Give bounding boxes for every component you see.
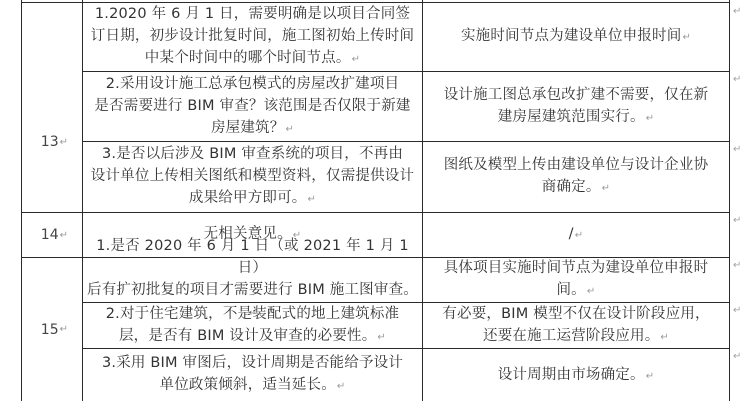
question-text: 3.采用 BIM 审图后，设计周期是否能给予设计 单位政策倾斜，适当延长。↵	[102, 352, 403, 398]
answer-cell: 实施时间节点为建设单位申报时间↵	[423, 3, 729, 71]
answer-text: 图纸及模型上传由建设单位与设计企业协 商确定。↵	[444, 154, 709, 200]
row-end-mark: ↵	[733, 144, 741, 155]
question-cell: 3.采用 BIM 审图后，设计周期是否能给予设计 单位政策倾斜，适当延长。↵	[83, 349, 422, 401]
answer-cell: 具体项目实施时间节点为建设单位申报时 间。↵	[423, 258, 729, 302]
row-number-15: 15↵	[22, 258, 82, 401]
document-table: 13↵ 1.2020 年 6 月 1 日，需要明确是以项目合同签 订日期，初步设…	[0, 0, 750, 401]
row-end-mark: ↵	[733, 260, 741, 271]
row-number-13: 13↵	[22, 72, 82, 212]
answer-cell: 设计施工图总承包改扩建不需要，仅在新 建房屋建筑范围实行。↵	[423, 72, 729, 141]
question-cell: 2.采用设计施工总承包模式的房屋改扩建项目 是否需要进行 BIM 审查？该范围是…	[83, 72, 422, 141]
question-text: 2.采用设计施工总承包模式的房屋改扩建项目 是否需要进行 BIM 审查？该范围是…	[94, 73, 410, 141]
row-end-mark: ↵	[733, 215, 741, 226]
row-end-mark: ↵	[733, 6, 741, 17]
answer-text: 设计施工图总承包改扩建不需要，仅在新 建房屋建筑范围实行。↵	[444, 84, 709, 130]
question-text: 1.2020 年 6 月 1 日，需要明确是以项目合同签 订日期，初步设计批复时…	[91, 3, 414, 71]
answer-text: 设计周期由市场确定。↵	[498, 364, 655, 388]
answer-text: 有必要，BIM 模型不仅在设计阶段应用， 还要在施工运营阶段应用。↵	[442, 303, 709, 349]
paragraph-mark: ↵	[60, 137, 68, 148]
answer-text: 实施时间节点为建设单位申报时间↵	[461, 25, 691, 49]
question-text: 3.是否以后涉及 BIM 审查系统的项目，不再由 设计单位上传相关图纸和模型资料…	[91, 143, 414, 211]
paragraph-mark: ↵	[60, 230, 68, 241]
row-end-mark: ↵	[733, 351, 741, 362]
row-end-mark: ↵	[733, 305, 741, 316]
answer-text: /↵	[569, 223, 584, 247]
answer-cell: 图纸及模型上传由建设单位与设计企业协 商确定。↵	[423, 142, 729, 212]
answer-cell: /↵	[423, 213, 729, 257]
question-cell: 1.2020 年 6 月 1 日，需要明确是以项目合同签 订日期，初步设计批复时…	[83, 3, 422, 71]
table-border-right	[729, 0, 730, 401]
question-text: 2.对于住宅建筑，不是装配式的地上建筑标准 层，是否有 BIM 设计及审查的必要…	[106, 303, 400, 349]
row-end-mark: ↵	[733, 74, 741, 85]
paragraph-mark: ↵	[60, 324, 68, 335]
question-cell: 2.对于住宅建筑，不是装配式的地上建筑标准 层，是否有 BIM 设计及审查的必要…	[83, 303, 422, 348]
answer-cell: 有必要，BIM 模型不仅在设计阶段应用， 还要在施工运营阶段应用。↵	[423, 303, 729, 348]
answer-text: 具体项目实施时间节点为建设单位申报时 间。↵	[444, 257, 709, 303]
question-cell: 3.是否以后涉及 BIM 审查系统的项目，不再由 设计单位上传相关图纸和模型资料…	[83, 142, 422, 212]
question-cell: 1.是否 2020 年 6 月 1 日（或 2021 年 1 月 1 日） 后有…	[83, 258, 422, 302]
answer-cell: 设计周期由市场确定。↵	[423, 349, 729, 401]
row-number-14: 14↵	[22, 213, 82, 257]
